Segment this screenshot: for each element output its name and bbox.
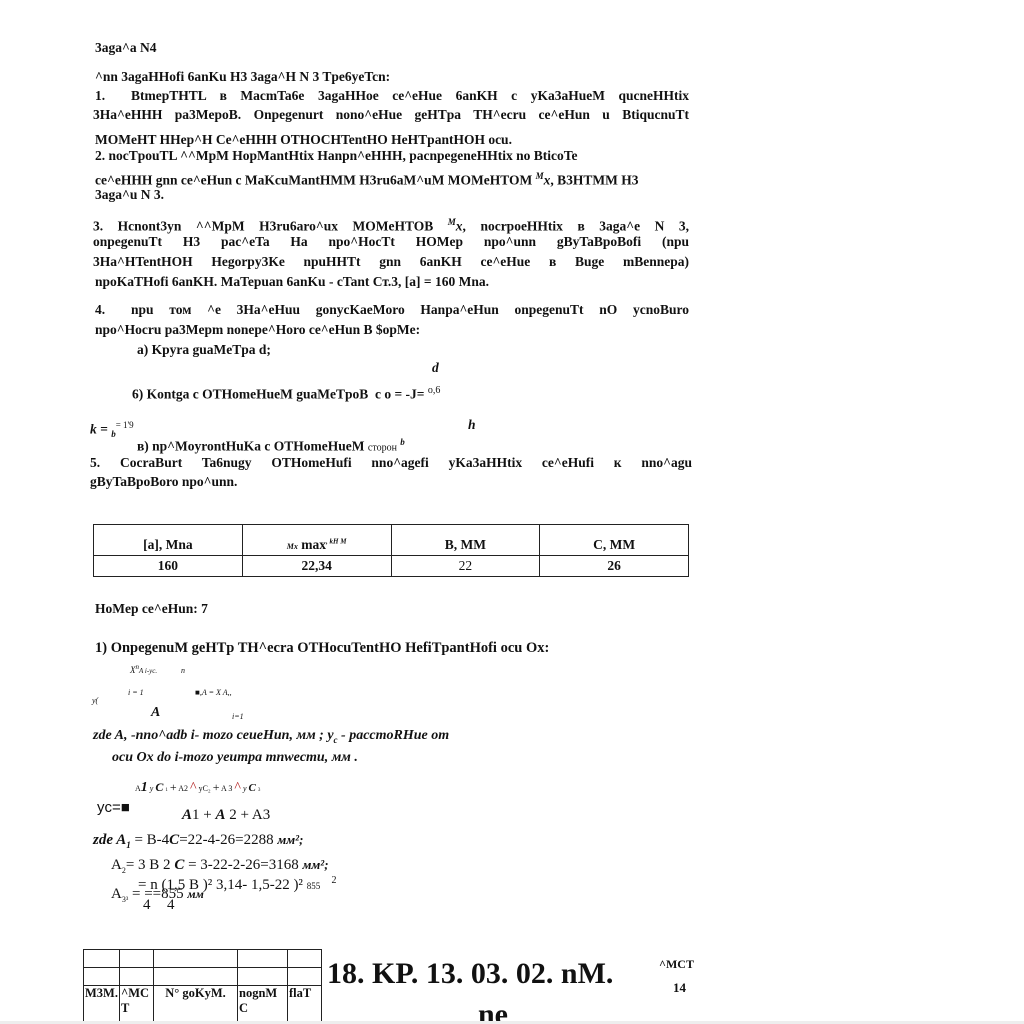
table-cell-moment: 22,34 bbox=[242, 556, 391, 577]
where-line-2: ocu Ox do i-mozo yeumpa mnwecmu, мм . bbox=[112, 750, 358, 766]
sheet-label: ^MCT bbox=[659, 957, 694, 972]
table-header-moment: Mx max, kH M bbox=[242, 525, 391, 556]
task-title: 3aga^a N4 bbox=[95, 38, 156, 58]
formula-mid: ■,A = X A,, bbox=[195, 688, 232, 697]
option-k-formula: k = b= 1'9 bbox=[90, 415, 134, 444]
task-2-line-1: 2. nocTpouTL ^^MpM HopMantHtix Hanpn^eHH… bbox=[95, 146, 577, 166]
stamp-label-doc-number: N° goKyM. bbox=[154, 986, 238, 1023]
task-2-line-2: ce^eHHH gnn ce^eHun c MaKcuMantHMM H3ru6… bbox=[95, 166, 691, 191]
task-1-line-1: BtmepTHTL в MacmTa6e 3agaHHoe ce^eHue 6a… bbox=[93, 86, 689, 106]
title-block-table: M3M. ^MCT N° goKyM. nognMC flaT bbox=[83, 949, 322, 1023]
task-4-line-1: npu том ^e 3Ha^eHuu gonycKaeMoro Hanpa^e… bbox=[93, 300, 689, 320]
option-d-label: d bbox=[432, 358, 439, 378]
stamp-label-signature: nognMC bbox=[238, 986, 288, 1023]
area-a3: A3³ = ==855 мм bbox=[111, 886, 204, 904]
task-4-line-2: npo^Hocru pa3Mepm nonepe^Horo ce^eHun B … bbox=[95, 320, 420, 340]
task-3-line-2: onpegenuTt H3 pac^eTa Ha npo^HocTt HOMep… bbox=[93, 232, 689, 252]
formula-yi: y( bbox=[92, 696, 98, 705]
step-1-title: 1) OnpegenuM geHTp TH^ecra OTHocuTentHO … bbox=[95, 638, 549, 658]
table-header-stress: [a], Mna bbox=[94, 525, 243, 556]
task-3-line-3: 3Ha^HTentHOH Hegorpy3Ke npuHHTt gnn 6anK… bbox=[93, 252, 689, 272]
stamp-label-date: flaT bbox=[288, 986, 322, 1023]
area-a1: zde A1 = B-4C=22-4-26=2288 мм²; bbox=[93, 832, 303, 850]
formula-A: A bbox=[151, 705, 160, 721]
task-2-line-3: 3aga^u N 3. bbox=[95, 185, 164, 205]
area-a3-den2: 4 bbox=[167, 897, 175, 914]
formula-n: n bbox=[181, 666, 185, 675]
table-cell-b: 22 bbox=[391, 556, 540, 577]
area-a2: A2= 3 B 2 C = 3-22-2-26=3168 мм²; bbox=[111, 857, 329, 875]
task-1-line-2: 3Ha^eHHH pa3MepoB. Onpegenurt nono^eHue … bbox=[93, 105, 689, 125]
document-code: 18. KP. 13. 03. 02. nM. bbox=[327, 957, 613, 991]
formula-i1: i = 1 bbox=[128, 688, 144, 697]
table-cell-c: 26 bbox=[540, 556, 689, 577]
task-intro: ^nn 3agaHHofi 6anKu H3 3aga^H N 3 Tpe6ye… bbox=[95, 67, 390, 87]
task-3-line-4: npoKaTHofi 6anKH. MaTepuan 6anKu - cTant… bbox=[95, 272, 489, 292]
stamp-label-sheet: ^MCT bbox=[120, 986, 154, 1023]
table-header-b: B, MM bbox=[391, 525, 540, 556]
yc-lhs: yc=■ bbox=[97, 799, 130, 816]
results-table: [a], Mna Mx max, kH M B, MM C, MM 160 22… bbox=[93, 524, 689, 577]
yc-denominator: A1 + A 2 + A3 bbox=[182, 807, 270, 824]
where-line-1: zde A, -nno^adb i- mozo ceueHun, мм ; yc… bbox=[93, 728, 449, 745]
option-b: 6) Kontga c OTHomeHueM guaMeTpoB c o = -… bbox=[132, 381, 440, 405]
table-cell-stress: 160 bbox=[94, 556, 243, 577]
yc-numerator: A1 y C 1 + A2 ^ yC₂ + A 3 ^ y C 3 bbox=[135, 780, 260, 796]
formula-i1b: i=1 bbox=[232, 712, 244, 721]
document-page: 3aga^a N4 ^nn 3agaHHofi 6anKu H3 3aga^H … bbox=[0, 0, 1024, 1024]
sheet-number: 14 bbox=[673, 980, 686, 996]
table-header-c: C, MM bbox=[540, 525, 689, 556]
stamp-label-change: M3M. bbox=[84, 986, 120, 1023]
area-a3-den1: 4 bbox=[143, 897, 151, 914]
formula-top: XnA i-yc. bbox=[130, 663, 157, 675]
section-number: HoMep ce^eHun: 7 bbox=[95, 599, 208, 619]
option-h-label: h bbox=[468, 415, 476, 435]
option-a: a) Kpyra guaMeTpa d; bbox=[137, 340, 271, 360]
task-5-line-1: 5. CocraBurt Ta6nugy OTHomeHufi nno^agef… bbox=[90, 453, 692, 473]
task-5-line-2: gByTaBpoBoro npo^unn. bbox=[90, 472, 237, 492]
